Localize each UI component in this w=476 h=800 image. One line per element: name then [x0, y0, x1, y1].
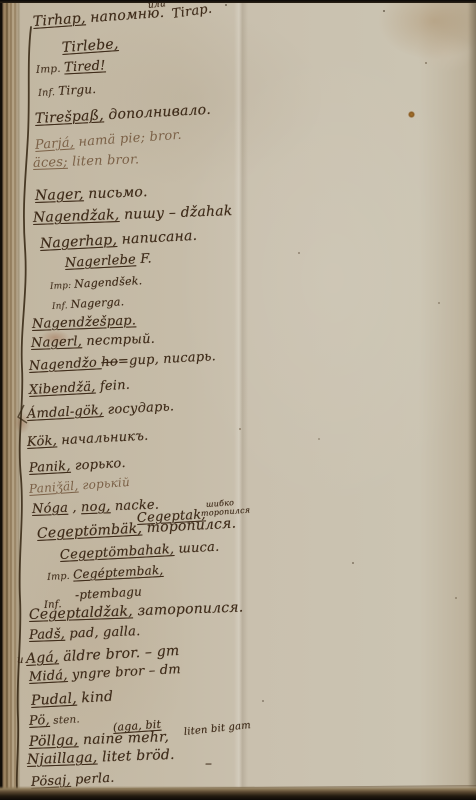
manuscript-word: ,	[68, 500, 82, 515]
manuscript-word: Cegeptömbäk,	[37, 521, 143, 542]
manuscript-word: ho	[101, 354, 118, 370]
manuscript-line: Nager, письмо.	[35, 184, 148, 204]
manuscript-word: Pudal,	[31, 691, 78, 709]
manuscript-word: Nagendžešpap.	[32, 313, 137, 332]
manuscript-word: Nagendžak,	[33, 207, 120, 226]
manuscript-word: liten bror.	[67, 152, 139, 169]
text-layer: Tirhap, напомню.илиTirap.Tirlebe,Imp. Ti…	[0, 0, 476, 800]
manuscript-line: -ptembagu	[75, 584, 143, 601]
manuscript-line: Inf. Tirgu.	[38, 82, 97, 99]
manuscript-word: Хibendžä,	[29, 380, 96, 398]
manuscript-word: Cegeptömbahak,	[60, 542, 175, 563]
manuscript-line: –	[205, 756, 212, 772]
book-bottom-edge	[0, 786, 476, 800]
manuscript-word: Imp:	[50, 281, 75, 292]
manuscript-word: Nagerl,	[31, 334, 83, 351]
manuscript-word: fein.	[95, 378, 130, 395]
manuscript-line: Njaillaga, litet bröd.	[27, 747, 175, 768]
manuscript-word: дополнивало.	[103, 102, 211, 124]
manuscript-word: Nagendžo	[29, 355, 102, 374]
manuscript-word: yngre bror – dm	[67, 662, 181, 683]
manuscript-line: Nagendžo ho=gup, писарь.	[29, 349, 217, 374]
manuscript-line: Padš, pad, galla.	[29, 624, 141, 643]
manuscript-word: pad, galla.	[65, 624, 141, 642]
manuscript-line: Imp. Tired!	[36, 58, 106, 77]
manuscript-line: Tirlebe,	[61, 36, 119, 56]
manuscript-word: u	[17, 655, 24, 666]
manuscript-word: nog,	[81, 499, 111, 515]
manuscript-word: Midá,	[29, 668, 68, 685]
manuscript-word: Njaillaga,	[27, 750, 98, 768]
manuscript-line: u	[17, 655, 24, 666]
manuscript-word: –	[205, 756, 212, 772]
manuscript-word: Kök,	[27, 433, 58, 450]
manuscript-word: Nóga	[32, 501, 69, 517]
manuscript-line: Kök, начальникъ.	[27, 429, 149, 450]
manuscript-word: Cegéptembak,	[73, 563, 164, 582]
manuscript-word: написана.	[117, 228, 198, 248]
manuscript-line: Nagerl, пестрый.	[31, 332, 156, 351]
manuscript-word: liten bit gam	[183, 720, 251, 738]
manuscript-word: государь.	[103, 399, 175, 418]
manuscript-line: Paniǯäl, горькій	[29, 475, 131, 496]
manuscript-word: шиса.	[174, 540, 220, 557]
manuscript-line: Ámdal-gök, государь.	[27, 399, 175, 422]
manuscript-word: =gup, писарь.	[118, 349, 217, 369]
manuscript-line: Nagendžešpap.	[32, 313, 137, 332]
manuscript-line: Imp. Cegéptembak,	[47, 563, 164, 583]
manuscript-line: Tirešpaß, дополнивало.	[35, 102, 212, 127]
manuscript-word: Tirap.	[171, 1, 213, 21]
manuscript-word: Imp.	[36, 63, 65, 76]
manuscript-word: Cegeptaldžak,	[29, 603, 133, 623]
manuscript-word: Tirhap,	[32, 10, 86, 30]
manuscript-word: Pö,	[29, 713, 51, 729]
manuscript-word: kind	[76, 689, 113, 707]
manuscript-word: натӓ pie; bror.	[74, 128, 183, 150]
manuscript-word: Nager,	[35, 186, 84, 204]
manuscript-line: Nagerlebe F.	[65, 251, 153, 271]
manuscript-word: Tirešpaß,	[35, 107, 105, 127]
manuscript-word: Ámdal-gök,	[27, 403, 104, 422]
manuscript-word: äces;	[33, 155, 68, 171]
manuscript-line: Tirhap, напомню.	[32, 5, 164, 30]
manuscript-photo: Tirhap, напомню.илиTirap.Tirlebe,Imp. Ti…	[0, 0, 476, 800]
manuscript-word: пестрый.	[82, 332, 156, 350]
manuscript-word: Inf.	[52, 301, 71, 312]
manuscript-word: äldre bror. – gm	[58, 643, 180, 665]
manuscript-word: sten.	[49, 713, 80, 727]
manuscript-word: Nagendšek.	[74, 274, 143, 291]
photo-top-edge	[0, 0, 476, 3]
manuscript-word: Tirlebe,	[61, 36, 119, 56]
manuscript-line: äces; liten bror.	[33, 152, 140, 171]
manuscript-line: Cegeptömbahak, шиса.	[60, 540, 220, 563]
manuscript-word: F.	[136, 251, 153, 267]
manuscript-word: Imp.	[47, 571, 74, 583]
manuscript-word: Agá,	[26, 649, 59, 667]
manuscript-word: горько.	[70, 456, 126, 474]
manuscript-word: Tired!	[64, 58, 106, 75]
manuscript-word: Padš,	[29, 627, 66, 643]
manuscript-line: Хibendžä, fein.	[29, 378, 131, 398]
manuscript-line: Parjá, натӓ pie; bror.	[34, 128, 182, 153]
manuscript-line: liten bit gam	[183, 720, 251, 738]
manuscript-word: Nagerga.	[70, 295, 124, 311]
manuscript-word: Inf.	[38, 87, 59, 99]
manuscript-word: Parjá,	[34, 135, 74, 153]
manuscript-word: начальникъ.	[57, 429, 149, 449]
manuscript-word: Nagerlebe	[65, 252, 137, 271]
manuscript-word: -ptembagu	[75, 584, 143, 601]
manuscript-word: naine mehr,	[78, 729, 169, 748]
manuscript-word: письмо.	[83, 184, 148, 202]
manuscript-word: Paniǯäl,	[29, 479, 79, 496]
manuscript-word: горькій	[78, 475, 131, 493]
manuscript-line: Pö, sten.	[29, 711, 81, 729]
manuscript-word: litet bröd.	[97, 747, 175, 766]
manuscript-word: Panik,	[29, 459, 71, 476]
manuscript-word: Tirgu.	[58, 82, 97, 98]
manuscript-line: Imp: Nagendšek.	[50, 274, 143, 292]
manuscript-line: Inf. Nagerga.	[52, 295, 125, 312]
manuscript-word: заторопился.	[133, 600, 244, 620]
manuscript-line: Tirap.	[171, 1, 213, 21]
manuscript-word: Nagerhap,	[40, 232, 118, 252]
manuscript-line: Panik, горько.	[29, 456, 127, 476]
manuscript-word: Pöllga,	[29, 732, 79, 750]
manuscript-line: Nagendžak, пишу – džahak	[33, 203, 233, 226]
manuscript-line: Nagerhap, написана.	[40, 228, 198, 252]
manuscript-word: пишу – džahak	[119, 203, 233, 223]
manuscript-line: Pudal, kind	[31, 689, 114, 709]
